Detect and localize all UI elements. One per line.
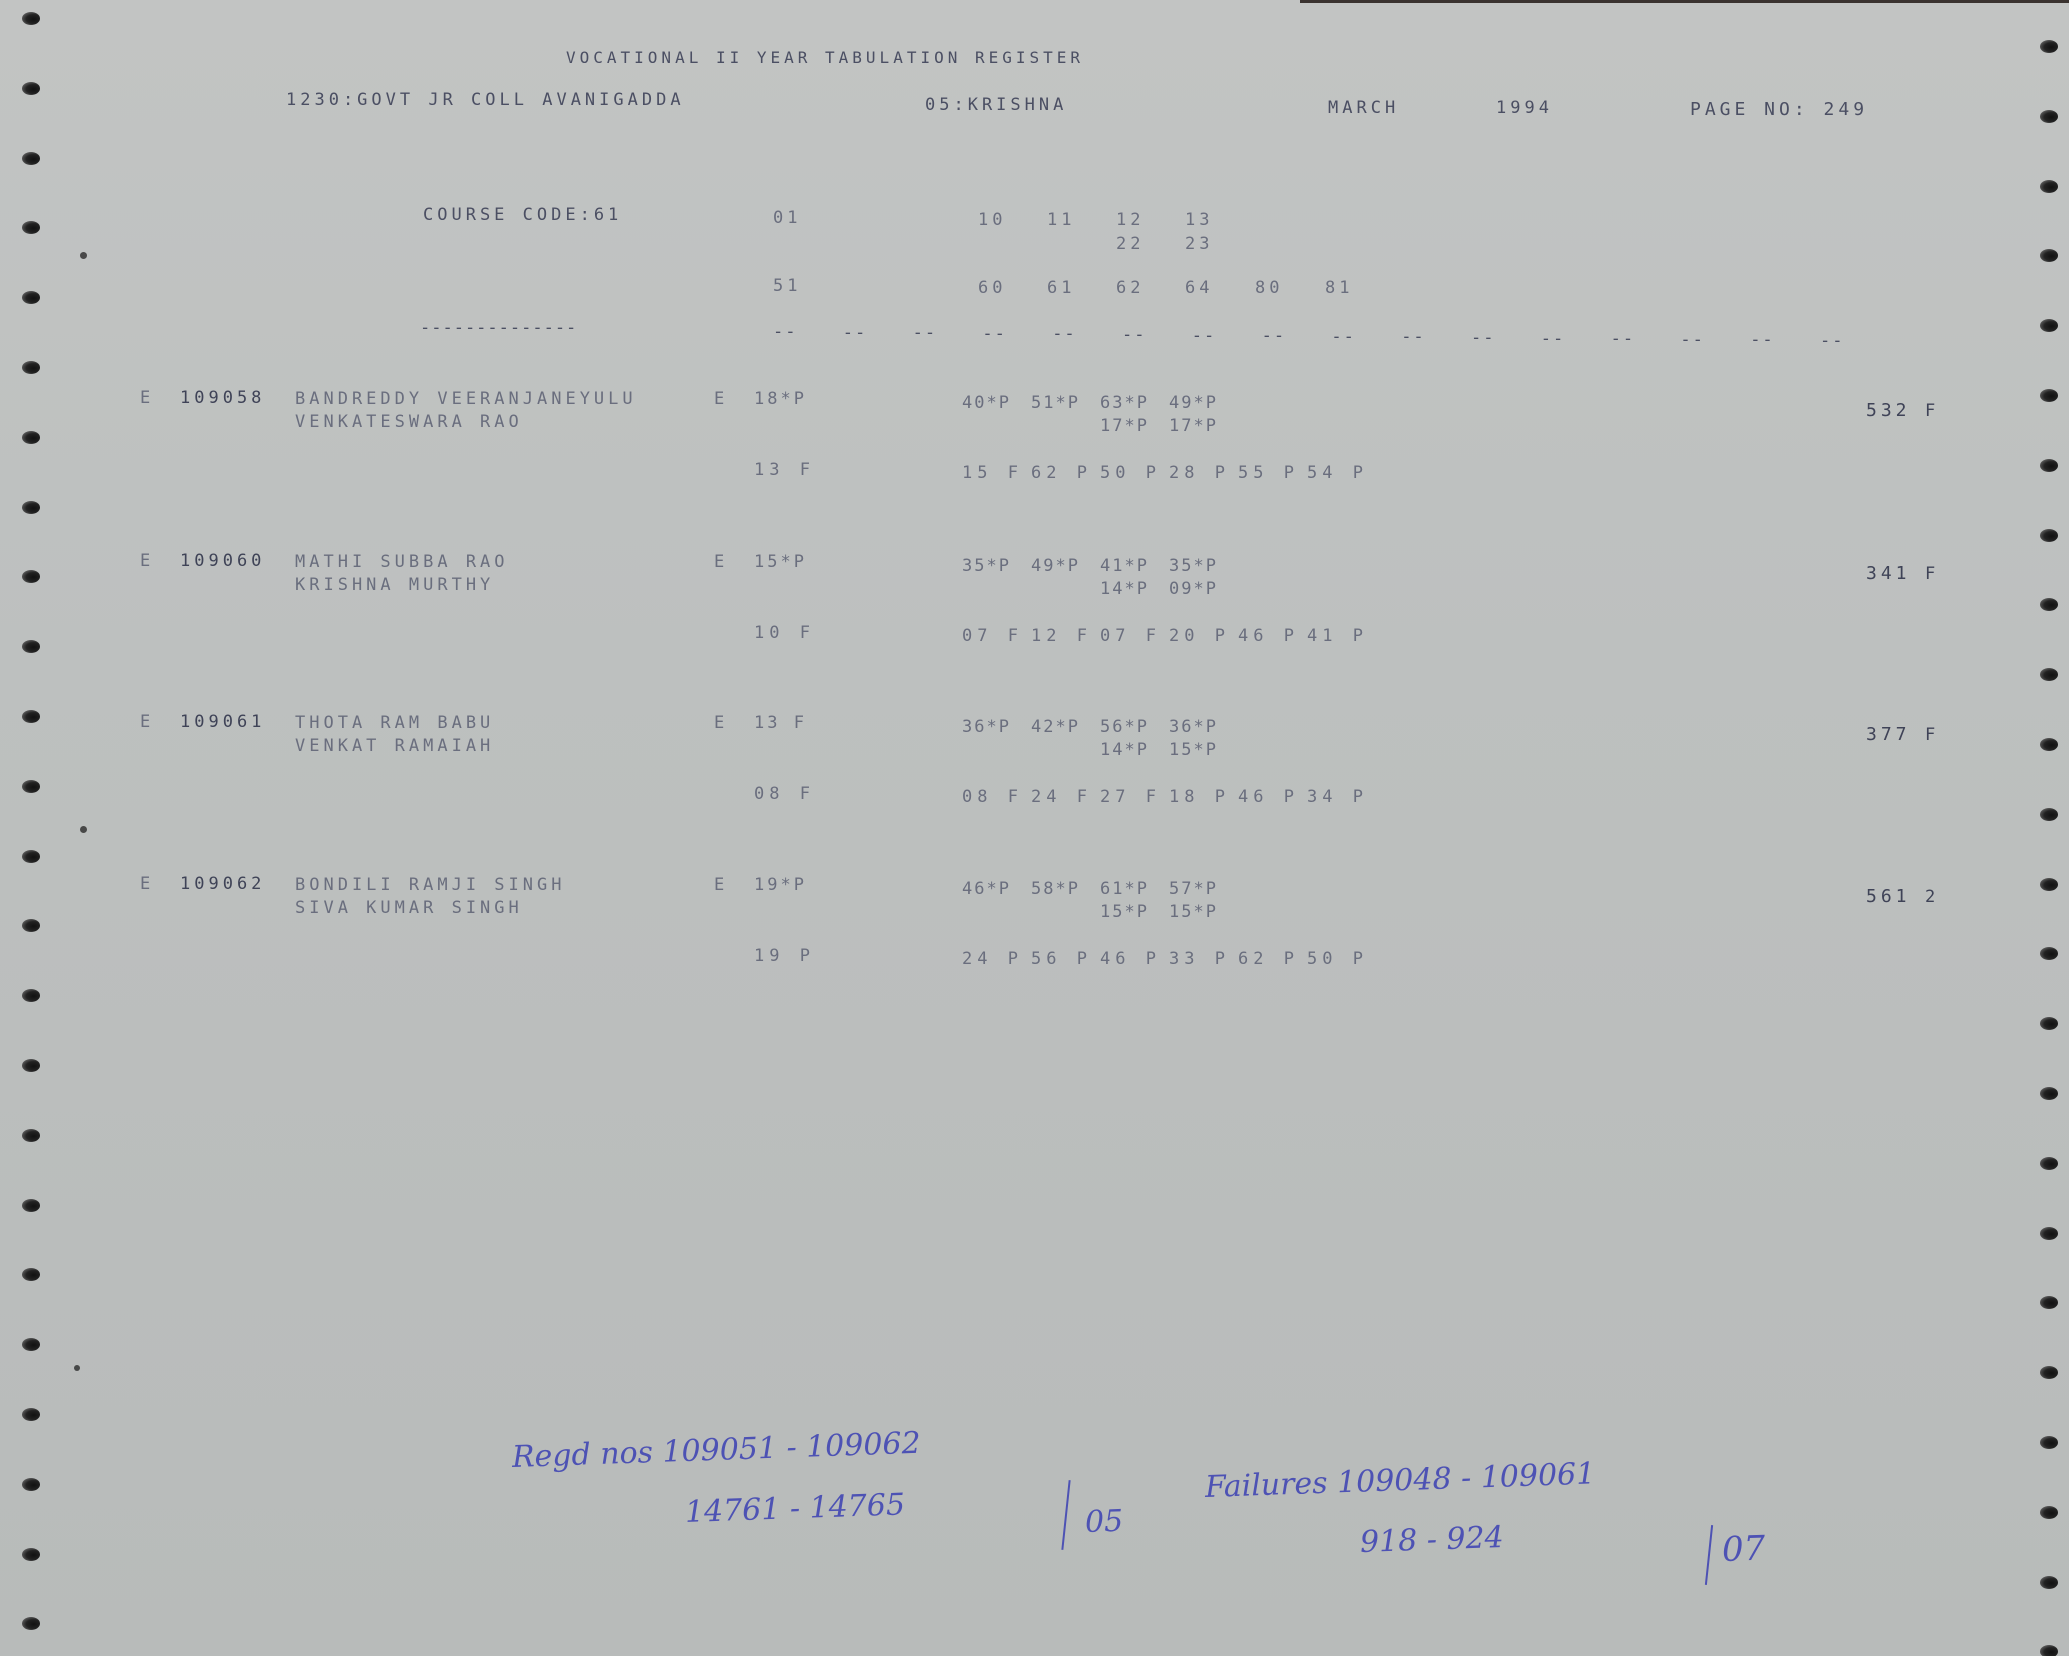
year2-first-mark: 08 F bbox=[754, 786, 815, 803]
year1-mark: 58*P bbox=[1031, 881, 1080, 898]
year1-mark: 35*P bbox=[1169, 558, 1218, 575]
register-title: VOCATIONAL II YEAR TABULATION REGISTER bbox=[566, 50, 1084, 66]
year1-mark-secondary: 17*P bbox=[1169, 418, 1218, 435]
tabulation-register-sheet: VOCATIONAL II YEAR TABULATION REGISTER 1… bbox=[0, 0, 2069, 1656]
column-separator: -- bbox=[913, 323, 937, 343]
exam-flag: E bbox=[140, 714, 154, 731]
feed-hole bbox=[22, 989, 40, 1002]
feed-hole bbox=[22, 1059, 40, 1072]
year1-first-mark: 13 F bbox=[754, 715, 807, 732]
year1-mark: 56*P bbox=[1100, 719, 1149, 736]
handwritten-note-right-line1: Failures 109048 - 109061 bbox=[1204, 1456, 1595, 1505]
feed-hole bbox=[2040, 1227, 2058, 1240]
column-separator: -- bbox=[1052, 324, 1076, 344]
feed-hole bbox=[2040, 1157, 2058, 1170]
feed-hole bbox=[22, 501, 40, 514]
feed-hole bbox=[22, 152, 40, 165]
course-header-code: 64 bbox=[1185, 280, 1213, 297]
student-name: BANDREDDY VEERANJANEYULU bbox=[295, 391, 637, 408]
course-header-code: 12 bbox=[1116, 212, 1144, 229]
year1-mark-secondary: 14*P bbox=[1100, 742, 1149, 759]
handwritten-count-left: 05 bbox=[1084, 1504, 1123, 1540]
roll-number: 109058 bbox=[180, 390, 265, 407]
column-separator: -- bbox=[773, 322, 797, 342]
medium: E bbox=[714, 877, 728, 894]
column-separator: -- bbox=[982, 324, 1006, 344]
year1-first-mark: 15*P bbox=[754, 554, 807, 571]
column-separator: -- bbox=[1820, 331, 1844, 351]
year1-mark: 36*P bbox=[962, 719, 1011, 736]
handwritten-divider-right bbox=[1705, 1525, 1713, 1585]
roll-number: 109061 bbox=[180, 714, 265, 731]
year2-first-mark: 10 F bbox=[754, 625, 815, 642]
medium: E bbox=[714, 715, 728, 732]
year2-mark: 12 F bbox=[1031, 628, 1092, 645]
course-header-second: 51 bbox=[773, 278, 801, 295]
feed-hole bbox=[2040, 1017, 2058, 1030]
feed-hole bbox=[2040, 319, 2058, 332]
result-code: 2 bbox=[1925, 889, 1939, 906]
feed-hole bbox=[22, 710, 40, 723]
feed-hole bbox=[2040, 668, 2058, 681]
result-code: F bbox=[1925, 727, 1939, 744]
feed-hole bbox=[22, 1548, 40, 1561]
year1-first-mark: 18*P bbox=[754, 391, 807, 408]
course-header-code: 11 bbox=[1047, 212, 1075, 229]
year2-mark: 18 P bbox=[1169, 789, 1230, 806]
feed-hole bbox=[22, 1338, 40, 1351]
column-separator: -- bbox=[1680, 330, 1704, 350]
total-marks: 377 bbox=[1866, 726, 1911, 744]
year2-mark: 46 P bbox=[1238, 789, 1299, 806]
year2-mark: 33 P bbox=[1169, 951, 1230, 968]
column-separator: -- bbox=[1471, 328, 1495, 348]
year2-mark: 55 P bbox=[1238, 465, 1299, 482]
exam-month: MARCH bbox=[1328, 100, 1399, 117]
parent-name: VENKAT RAMAIAH bbox=[295, 738, 494, 755]
year1-first-mark: 19*P bbox=[754, 877, 807, 894]
feed-hole bbox=[22, 291, 40, 304]
district-name: 05:KRISHNA bbox=[925, 97, 1067, 114]
page-number: PAGE NO: 249 bbox=[1690, 101, 1868, 119]
handwritten-note-right-line2: 918 - 924 bbox=[1359, 1520, 1504, 1560]
year1-mark: 35*P bbox=[962, 558, 1011, 575]
year1-mark-secondary: 17*P bbox=[1100, 418, 1149, 435]
medium: E bbox=[714, 554, 728, 571]
year1-mark: 61*P bbox=[1100, 881, 1149, 898]
year1-mark: 51*P bbox=[1031, 395, 1080, 412]
parent-name: SIVA KUMAR SINGH bbox=[295, 900, 523, 917]
student-name: THOTA RAM BABU bbox=[295, 715, 494, 732]
column-separator: -- bbox=[1401, 327, 1425, 347]
column-separator: -- bbox=[1122, 325, 1146, 345]
year2-mark: 50 P bbox=[1307, 951, 1368, 968]
tractor-feed-holes-left bbox=[10, 0, 50, 1656]
feed-hole bbox=[2040, 878, 2058, 891]
year2-mark: 07 F bbox=[962, 628, 1023, 645]
course-header-code: 81 bbox=[1325, 280, 1353, 297]
feed-hole bbox=[2040, 529, 2058, 542]
tractor-feed-holes-right bbox=[2030, 0, 2069, 1656]
feed-hole bbox=[2040, 1506, 2058, 1519]
year2-mark: 56 P bbox=[1031, 951, 1092, 968]
paper-speck bbox=[74, 1365, 80, 1371]
result-code: F bbox=[1925, 403, 1939, 420]
result-code: F bbox=[1925, 566, 1939, 583]
paper-speck bbox=[80, 252, 87, 259]
feed-hole bbox=[22, 361, 40, 374]
paper-speck bbox=[80, 826, 87, 833]
year2-first-mark: 13 F bbox=[754, 462, 815, 479]
year2-mark: 27 F bbox=[1100, 789, 1161, 806]
feed-hole bbox=[22, 1199, 40, 1212]
feed-hole bbox=[2040, 598, 2058, 611]
year2-mark: 28 P bbox=[1169, 465, 1230, 482]
student-name: BONDILI RAMJI SINGH bbox=[295, 877, 565, 894]
course-header-code: 13 bbox=[1185, 212, 1213, 229]
course-header-code: 80 bbox=[1255, 280, 1283, 297]
handwritten-divider-left bbox=[1061, 1480, 1070, 1550]
year1-mark-secondary: 15*P bbox=[1100, 904, 1149, 921]
feed-hole bbox=[2040, 110, 2058, 123]
feed-hole bbox=[22, 780, 40, 793]
column-separator: -- bbox=[1331, 327, 1355, 347]
year1-mark: 49*P bbox=[1031, 558, 1080, 575]
name-column-separator: -------------- bbox=[420, 320, 577, 337]
handwritten-note-left-line1: Regd nos 109051 - 109062 bbox=[511, 1426, 921, 1475]
year2-first-mark: 19 P bbox=[754, 948, 815, 965]
exam-year: 1994 bbox=[1496, 100, 1553, 117]
feed-hole bbox=[22, 1268, 40, 1281]
feed-hole bbox=[2040, 1576, 2058, 1589]
feed-hole bbox=[2040, 1296, 2058, 1309]
year2-mark: 20 P bbox=[1169, 628, 1230, 645]
feed-hole bbox=[22, 919, 40, 932]
year1-mark-secondary: 15*P bbox=[1169, 742, 1218, 759]
year2-mark: 62 P bbox=[1238, 951, 1299, 968]
feed-hole bbox=[2040, 947, 2058, 960]
feed-hole bbox=[22, 850, 40, 863]
year2-mark: 07 F bbox=[1100, 628, 1161, 645]
year1-mark-secondary: 15*P bbox=[1169, 904, 1218, 921]
column-separator: -- bbox=[1750, 330, 1774, 350]
feed-hole bbox=[22, 1617, 40, 1630]
total-marks: 341 bbox=[1866, 565, 1911, 583]
course-header-code: 23 bbox=[1185, 236, 1213, 253]
feed-hole bbox=[2040, 180, 2058, 193]
parent-name: KRISHNA MURTHY bbox=[295, 577, 494, 594]
course-header-code: 62 bbox=[1116, 280, 1144, 297]
feed-hole bbox=[22, 431, 40, 444]
column-separator: -- bbox=[1541, 329, 1565, 349]
student-name: MATHI SUBBA RAO bbox=[295, 554, 509, 571]
feed-hole bbox=[22, 1129, 40, 1142]
feed-hole bbox=[2040, 459, 2058, 472]
year2-mark: 24 P bbox=[962, 951, 1023, 968]
column-separator: -- bbox=[843, 323, 867, 343]
year1-mark: 40*P bbox=[962, 395, 1011, 412]
handwritten-note-left-line2: 14761 - 14765 bbox=[684, 1487, 905, 1530]
feed-hole bbox=[2040, 1645, 2058, 1656]
feed-hole bbox=[22, 1408, 40, 1421]
handwritten-count-right: 07 bbox=[1721, 1529, 1766, 1570]
roll-number: 109062 bbox=[180, 876, 265, 893]
exam-flag: E bbox=[140, 553, 154, 570]
course-code-label: COURSE CODE:61 bbox=[423, 207, 622, 224]
year2-mark: 08 F bbox=[962, 789, 1023, 806]
feed-hole bbox=[2040, 1087, 2058, 1100]
course-header-code: 61 bbox=[1047, 280, 1075, 297]
total-marks: 532 bbox=[1866, 402, 1911, 420]
year2-mark: 24 F bbox=[1031, 789, 1092, 806]
year2-mark: 62 P bbox=[1031, 465, 1092, 482]
exam-flag: E bbox=[140, 876, 154, 893]
course-header-first: 01 bbox=[773, 210, 801, 227]
feed-hole bbox=[2040, 808, 2058, 821]
year1-mark-secondary: 09*P bbox=[1169, 581, 1218, 598]
paper-top-edge bbox=[1300, 0, 2069, 3]
year2-mark: 50 P bbox=[1100, 465, 1161, 482]
parent-name: VENKATESWARA RAO bbox=[295, 414, 523, 431]
course-header-code: 10 bbox=[978, 212, 1006, 229]
column-separator: -- bbox=[1262, 326, 1286, 346]
year1-mark: 46*P bbox=[962, 881, 1011, 898]
feed-hole bbox=[2040, 40, 2058, 53]
year1-mark: 63*P bbox=[1100, 395, 1149, 412]
column-separator: -- bbox=[1192, 326, 1216, 346]
course-header-code: 22 bbox=[1116, 236, 1144, 253]
year2-mark: 15 F bbox=[962, 465, 1023, 482]
year2-mark: 34 P bbox=[1307, 789, 1368, 806]
feed-hole bbox=[22, 1478, 40, 1491]
feed-hole bbox=[2040, 1366, 2058, 1379]
college-name: 1230:GOVT JR COLL AVANIGADDA bbox=[286, 92, 685, 109]
course-header-code: 60 bbox=[978, 280, 1006, 297]
year1-mark: 36*P bbox=[1169, 719, 1218, 736]
feed-hole bbox=[22, 640, 40, 653]
year2-mark: 41 P bbox=[1307, 628, 1368, 645]
medium: E bbox=[714, 391, 728, 408]
feed-hole bbox=[22, 221, 40, 234]
year1-mark: 41*P bbox=[1100, 558, 1149, 575]
year1-mark-secondary: 14*P bbox=[1100, 581, 1149, 598]
year1-mark: 49*P bbox=[1169, 395, 1218, 412]
feed-hole bbox=[22, 12, 40, 25]
year1-mark: 42*P bbox=[1031, 719, 1080, 736]
feed-hole bbox=[2040, 249, 2058, 262]
year2-mark: 54 P bbox=[1307, 465, 1368, 482]
feed-hole bbox=[22, 570, 40, 583]
total-marks: 561 bbox=[1866, 888, 1911, 906]
year1-mark: 57*P bbox=[1169, 881, 1218, 898]
feed-hole bbox=[2040, 738, 2058, 751]
feed-hole bbox=[22, 82, 40, 95]
column-separator: -- bbox=[1611, 329, 1635, 349]
feed-hole bbox=[2040, 1436, 2058, 1449]
year2-mark: 46 P bbox=[1238, 628, 1299, 645]
year2-mark: 46 P bbox=[1100, 951, 1161, 968]
feed-hole bbox=[2040, 389, 2058, 402]
roll-number: 109060 bbox=[180, 553, 265, 570]
exam-flag: E bbox=[140, 390, 154, 407]
